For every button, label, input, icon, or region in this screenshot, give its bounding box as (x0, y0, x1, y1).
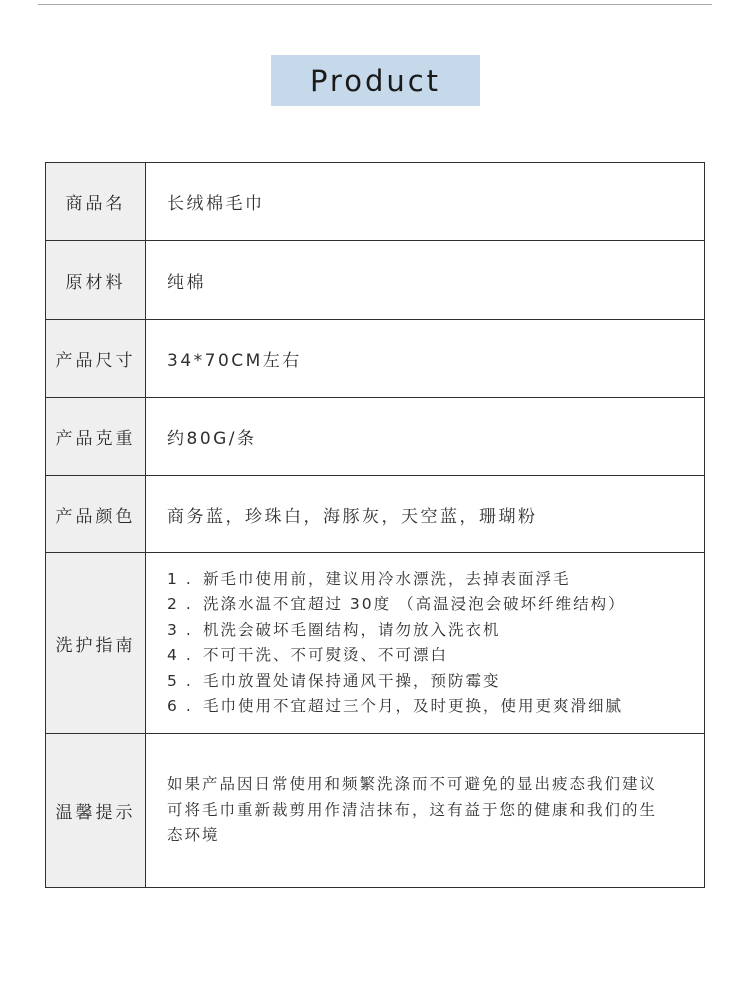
care-list: 1.新毛巾使用前，建议用冷水漂洗，去掉表面浮毛 2.洗涤水温不宜超过 30度 （… (167, 567, 704, 720)
product-spec-table: 商品名 长绒棉毛巾 原材料 纯棉 产品尺寸 34*70CM左右 产品克重 约80… (45, 162, 705, 888)
care-item: 4.不可干洗、不可熨烫、不可漂白 (167, 643, 704, 669)
row-label: 商品名 (46, 163, 146, 241)
row-label: 产品克重 (46, 398, 146, 476)
row-label: 温馨提示 (46, 734, 146, 888)
care-item: 6.毛巾使用不宜超过三个月，及时更换，使用更爽滑细腻 (167, 694, 704, 720)
row-label: 产品颜色 (46, 476, 146, 553)
care-item: 2.洗涤水温不宜超过 30度 （高温浸泡会破坏纤维结构） (167, 592, 704, 618)
row-value: 商务蓝，珍珠白，海豚灰，天空蓝，珊瑚粉 (146, 476, 705, 553)
row-value: 约80G/条 (146, 398, 705, 476)
table-row-weight: 产品克重 约80G/条 (46, 398, 705, 476)
title-banner: Product (271, 55, 480, 106)
table-row-care-guide: 洗护指南 1.新毛巾使用前，建议用冷水漂洗，去掉表面浮毛 2.洗涤水温不宜超过 … (46, 553, 705, 734)
care-item: 3.机洗会破坏毛圈结构，请勿放入洗衣机 (167, 618, 704, 644)
table-row-colors: 产品颜色 商务蓝，珍珠白，海豚灰，天空蓝，珊瑚粉 (46, 476, 705, 553)
tip-cell: 如果产品因日常使用和频繁洗涤而不可避免的显出疲态我们建议可将毛巾重新裁剪用作清洁… (146, 734, 705, 888)
table-row-size: 产品尺寸 34*70CM左右 (46, 320, 705, 398)
row-label: 洗护指南 (46, 553, 146, 734)
row-label: 原材料 (46, 241, 146, 320)
row-value: 34*70CM左右 (146, 320, 705, 398)
care-guide-cell: 1.新毛巾使用前，建议用冷水漂洗，去掉表面浮毛 2.洗涤水温不宜超过 30度 （… (146, 553, 705, 734)
row-label: 产品尺寸 (46, 320, 146, 398)
tip-text: 如果产品因日常使用和频繁洗涤而不可避免的显出疲态我们建议可将毛巾重新裁剪用作清洁… (167, 772, 667, 849)
page-title: Product (310, 64, 441, 98)
care-item: 1.新毛巾使用前，建议用冷水漂洗，去掉表面浮毛 (167, 567, 704, 593)
table-row-tips: 温馨提示 如果产品因日常使用和频繁洗涤而不可避免的显出疲态我们建议可将毛巾重新裁… (46, 734, 705, 888)
top-divider (38, 4, 712, 5)
row-value: 长绒棉毛巾 (146, 163, 705, 241)
table-row-product-name: 商品名 长绒棉毛巾 (46, 163, 705, 241)
row-value: 纯棉 (146, 241, 705, 320)
table-row-material: 原材料 纯棉 (46, 241, 705, 320)
care-item: 5.毛巾放置处请保持通风干操，预防霉变 (167, 669, 704, 695)
